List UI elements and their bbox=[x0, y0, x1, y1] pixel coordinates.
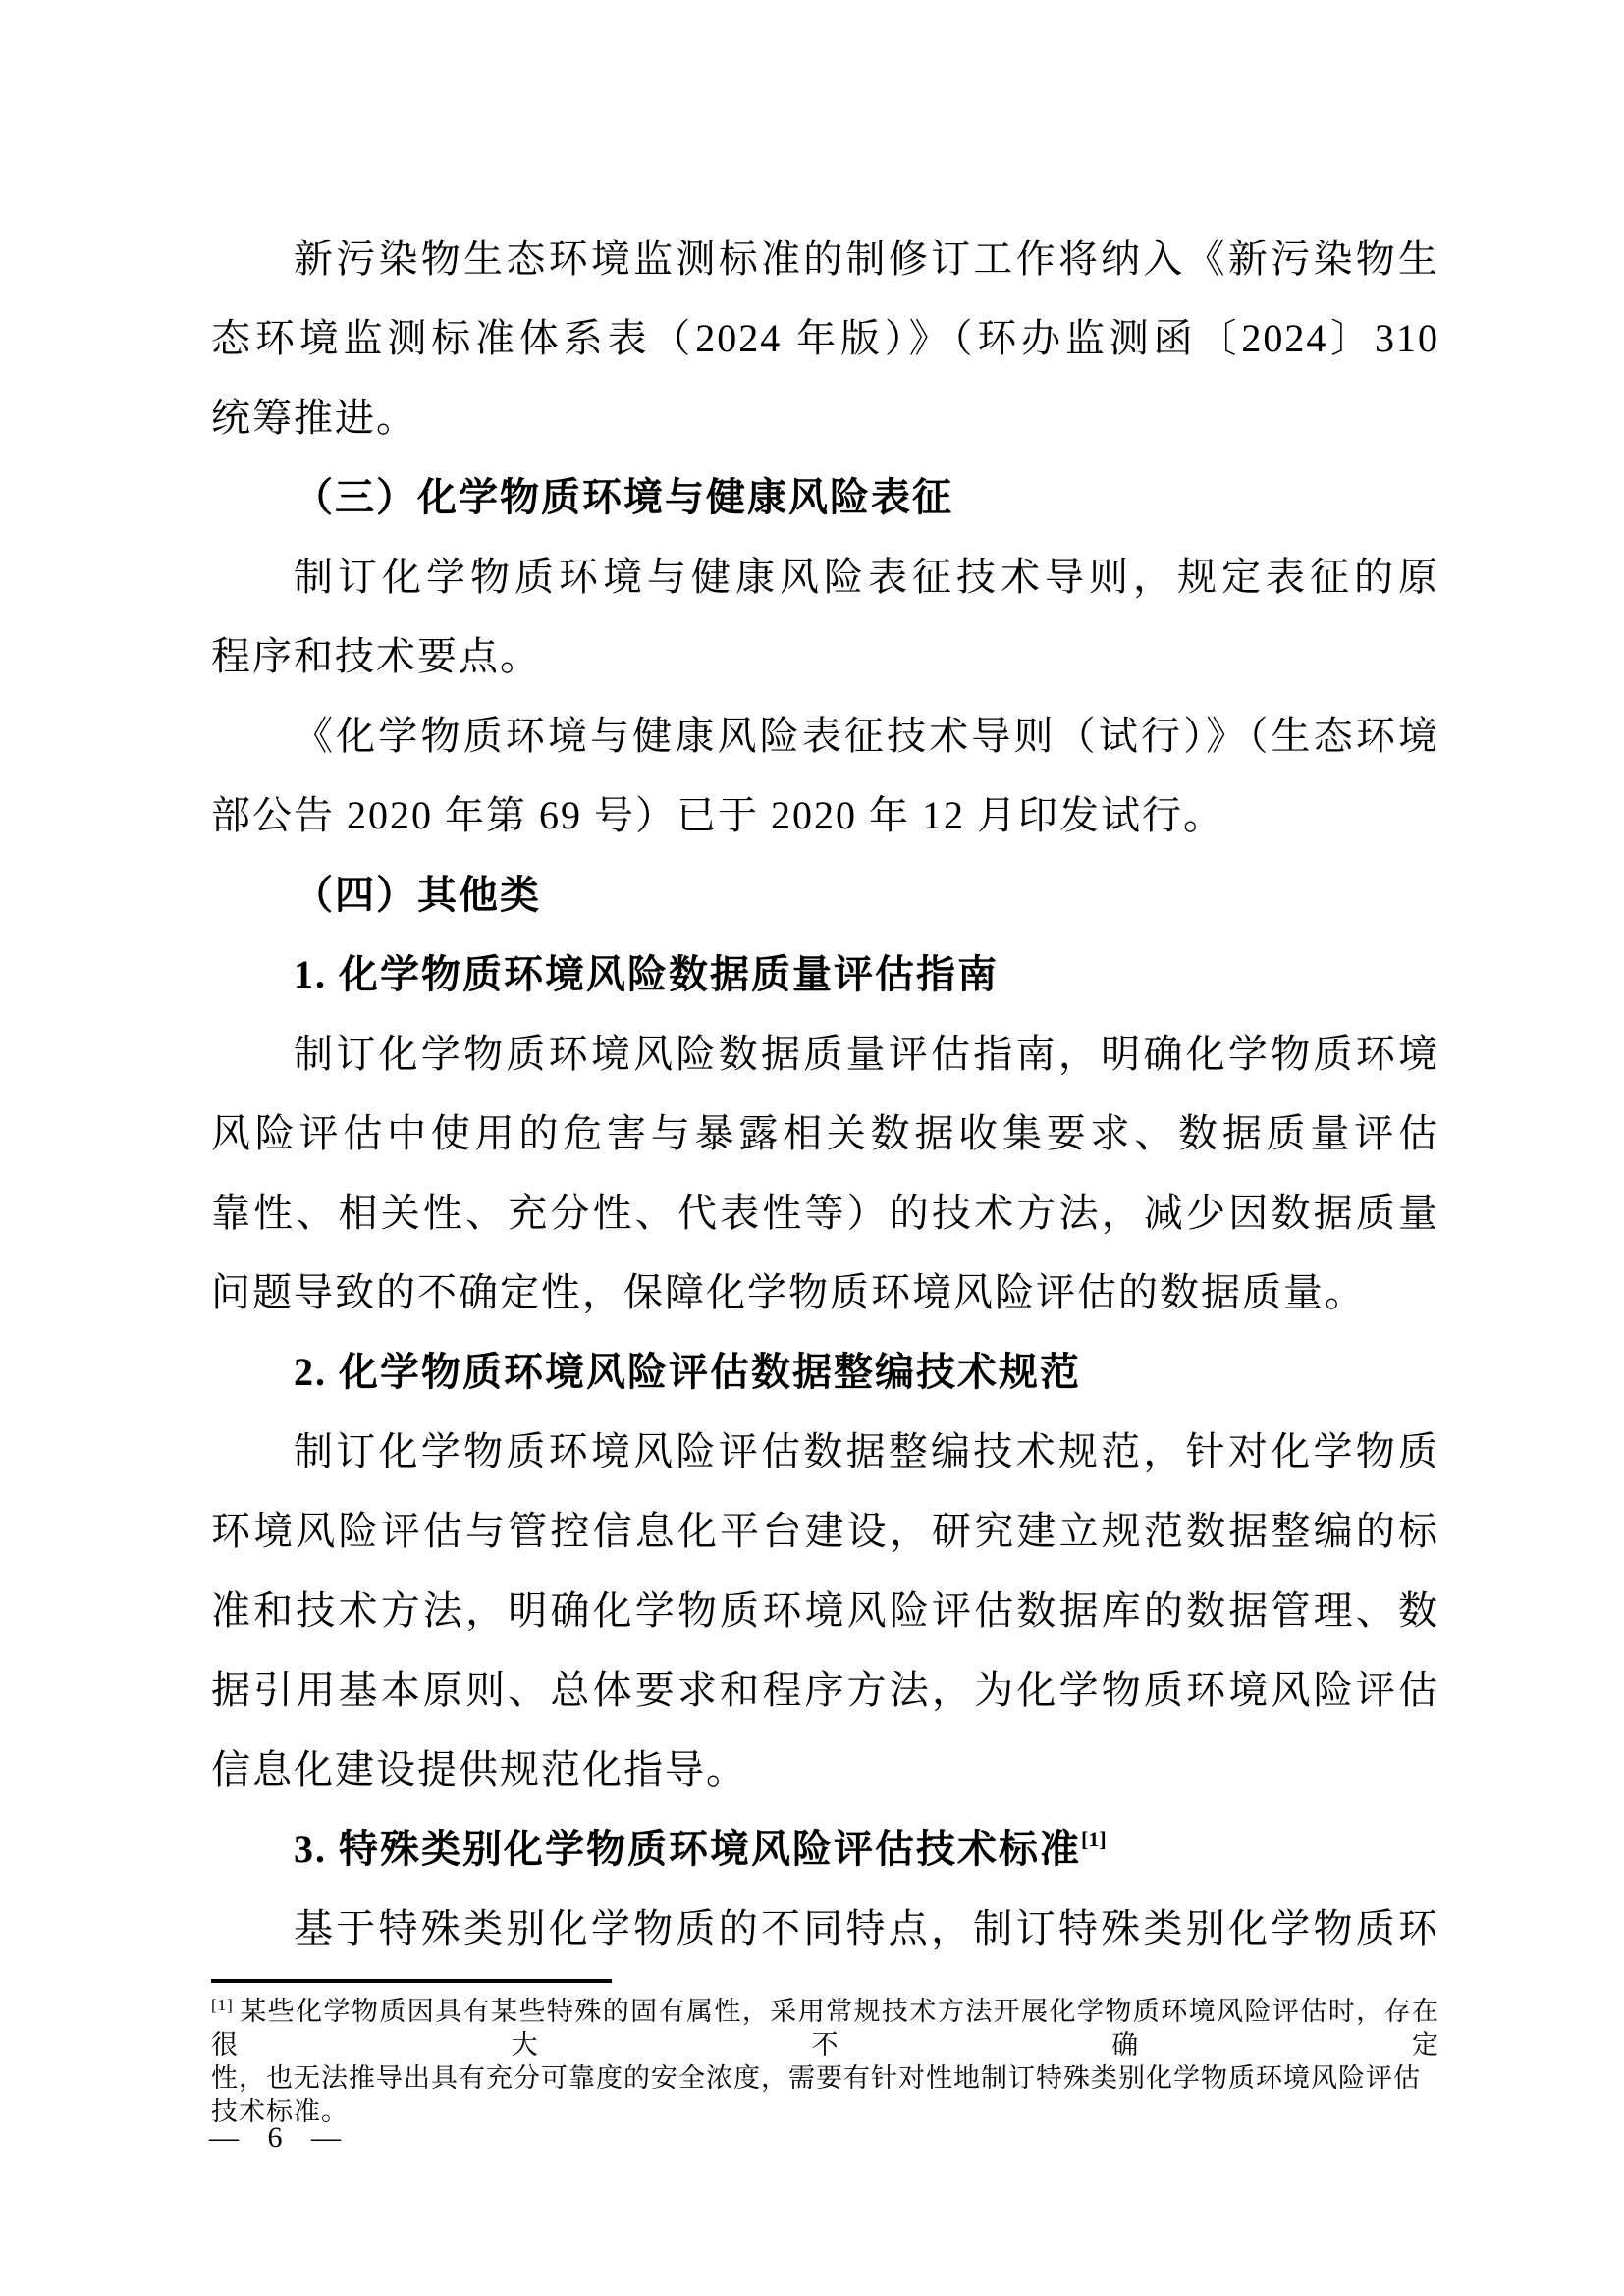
para-monitoring-standards-line: 统筹推进。 bbox=[211, 378, 1439, 457]
para-risk-characterization-guideline-line: 制订化学物质环境与健康风险表征技术导则，规定表征的原则、 bbox=[211, 537, 1439, 616]
heading-item-3-special-category-standards-line: 3. 特殊类别化学物质环境风险评估技术标准[1] bbox=[211, 1809, 1439, 1889]
para-data-compilation-spec-line: 制订化学物质环境风险评估数据整编技术规范，针对化学物质 bbox=[211, 1412, 1439, 1491]
footnote-ref-marker: [1] bbox=[1081, 1827, 1107, 1851]
heading-section-four-line: （四）其他类 bbox=[211, 855, 1439, 934]
para-data-compilation-spec-line: 信息化建设提供规范化指导。 bbox=[211, 1730, 1439, 1809]
para-monitoring-standards-line: 态环境监测标准体系表（2024 年版）》（环办监测函〔2024〕310 号） bbox=[211, 298, 1439, 378]
footnote-line-2: 性，也无法推导出具有充分可靠度的安全浓度，需要有针对性地制订特殊类别化学物质环境… bbox=[211, 2061, 1439, 2128]
para-trial-guideline-issued-line: 部公告 2020 年第 69 号）已于 2020 年 12 月印发试行。 bbox=[211, 775, 1439, 855]
document-body: 新污染物生态环境监测标准的制修订工作将纳入《新污染物生态环境监测标准体系表（20… bbox=[211, 219, 1439, 1968]
document-page: 新污染物生态环境监测标准的制修订工作将纳入《新污染物生态环境监测标准体系表（20… bbox=[0, 0, 1624, 2296]
para-data-compilation-spec-line: 据引用基本原则、总体要求和程序方法，为化学物质环境风险评估 bbox=[211, 1650, 1439, 1730]
para-data-quality-guide-line: 靠性、相关性、充分性、代表性等）的技术方法，减少因数据质量 bbox=[211, 1173, 1439, 1253]
para-data-quality-guide-line: 制订化学物质环境风险数据质量评估指南，明确化学物质环境 bbox=[211, 1014, 1439, 1094]
para-trial-guideline-issued-line: 《化学物质环境与健康风险表征技术导则（试行）》（生态环境 bbox=[211, 696, 1439, 775]
footnote-line-1: [1]某些化学物质因具有某些特殊的固有属性，采用常规技术方法开展化学物质环境风险… bbox=[211, 1995, 1439, 2061]
footnote: [1]某些化学物质因具有某些特殊的固有属性，采用常规技术方法开展化学物质环境风险… bbox=[211, 1979, 1439, 2128]
heading-section-three-line: （三）化学物质环境与健康风险表征 bbox=[211, 457, 1439, 537]
para-data-compilation-spec-line: 环境风险评估与管控信息化平台建设，研究建立规范数据整编的标 bbox=[211, 1491, 1439, 1571]
para-data-quality-guide-line: 风险评估中使用的危害与暴露相关数据收集要求、数据质量评估（可 bbox=[211, 1094, 1439, 1173]
footnote-separator bbox=[211, 1979, 612, 1983]
para-data-compilation-spec-line: 准和技术方法，明确化学物质环境风险评估数据库的数据管理、数 bbox=[211, 1571, 1439, 1650]
para-risk-characterization-guideline-line: 程序和技术要点。 bbox=[211, 616, 1439, 696]
para-monitoring-standards-line: 新污染物生态环境监测标准的制修订工作将纳入《新污染物生 bbox=[211, 219, 1439, 298]
footnote-marker: [1] bbox=[211, 1996, 234, 2014]
footnote-text: 某些化学物质因具有某些特殊的固有属性，采用常规技术方法开展化学物质环境风险评估时… bbox=[211, 1997, 1439, 2059]
page-number: — 6 — bbox=[209, 2120, 341, 2156]
heading-item-1-data-quality-guide-line: 1. 化学物质环境风险数据质量评估指南 bbox=[211, 934, 1439, 1014]
para-data-quality-guide-line: 问题导致的不确定性，保障化学物质环境风险评估的数据质量。 bbox=[211, 1253, 1439, 1332]
heading-item-2-data-compilation-spec-line: 2. 化学物质环境风险评估数据整编技术规范 bbox=[211, 1332, 1439, 1412]
para-special-category-line: 基于特殊类别化学物质的不同特点，制订特殊类别化学物质环 bbox=[211, 1889, 1439, 1968]
